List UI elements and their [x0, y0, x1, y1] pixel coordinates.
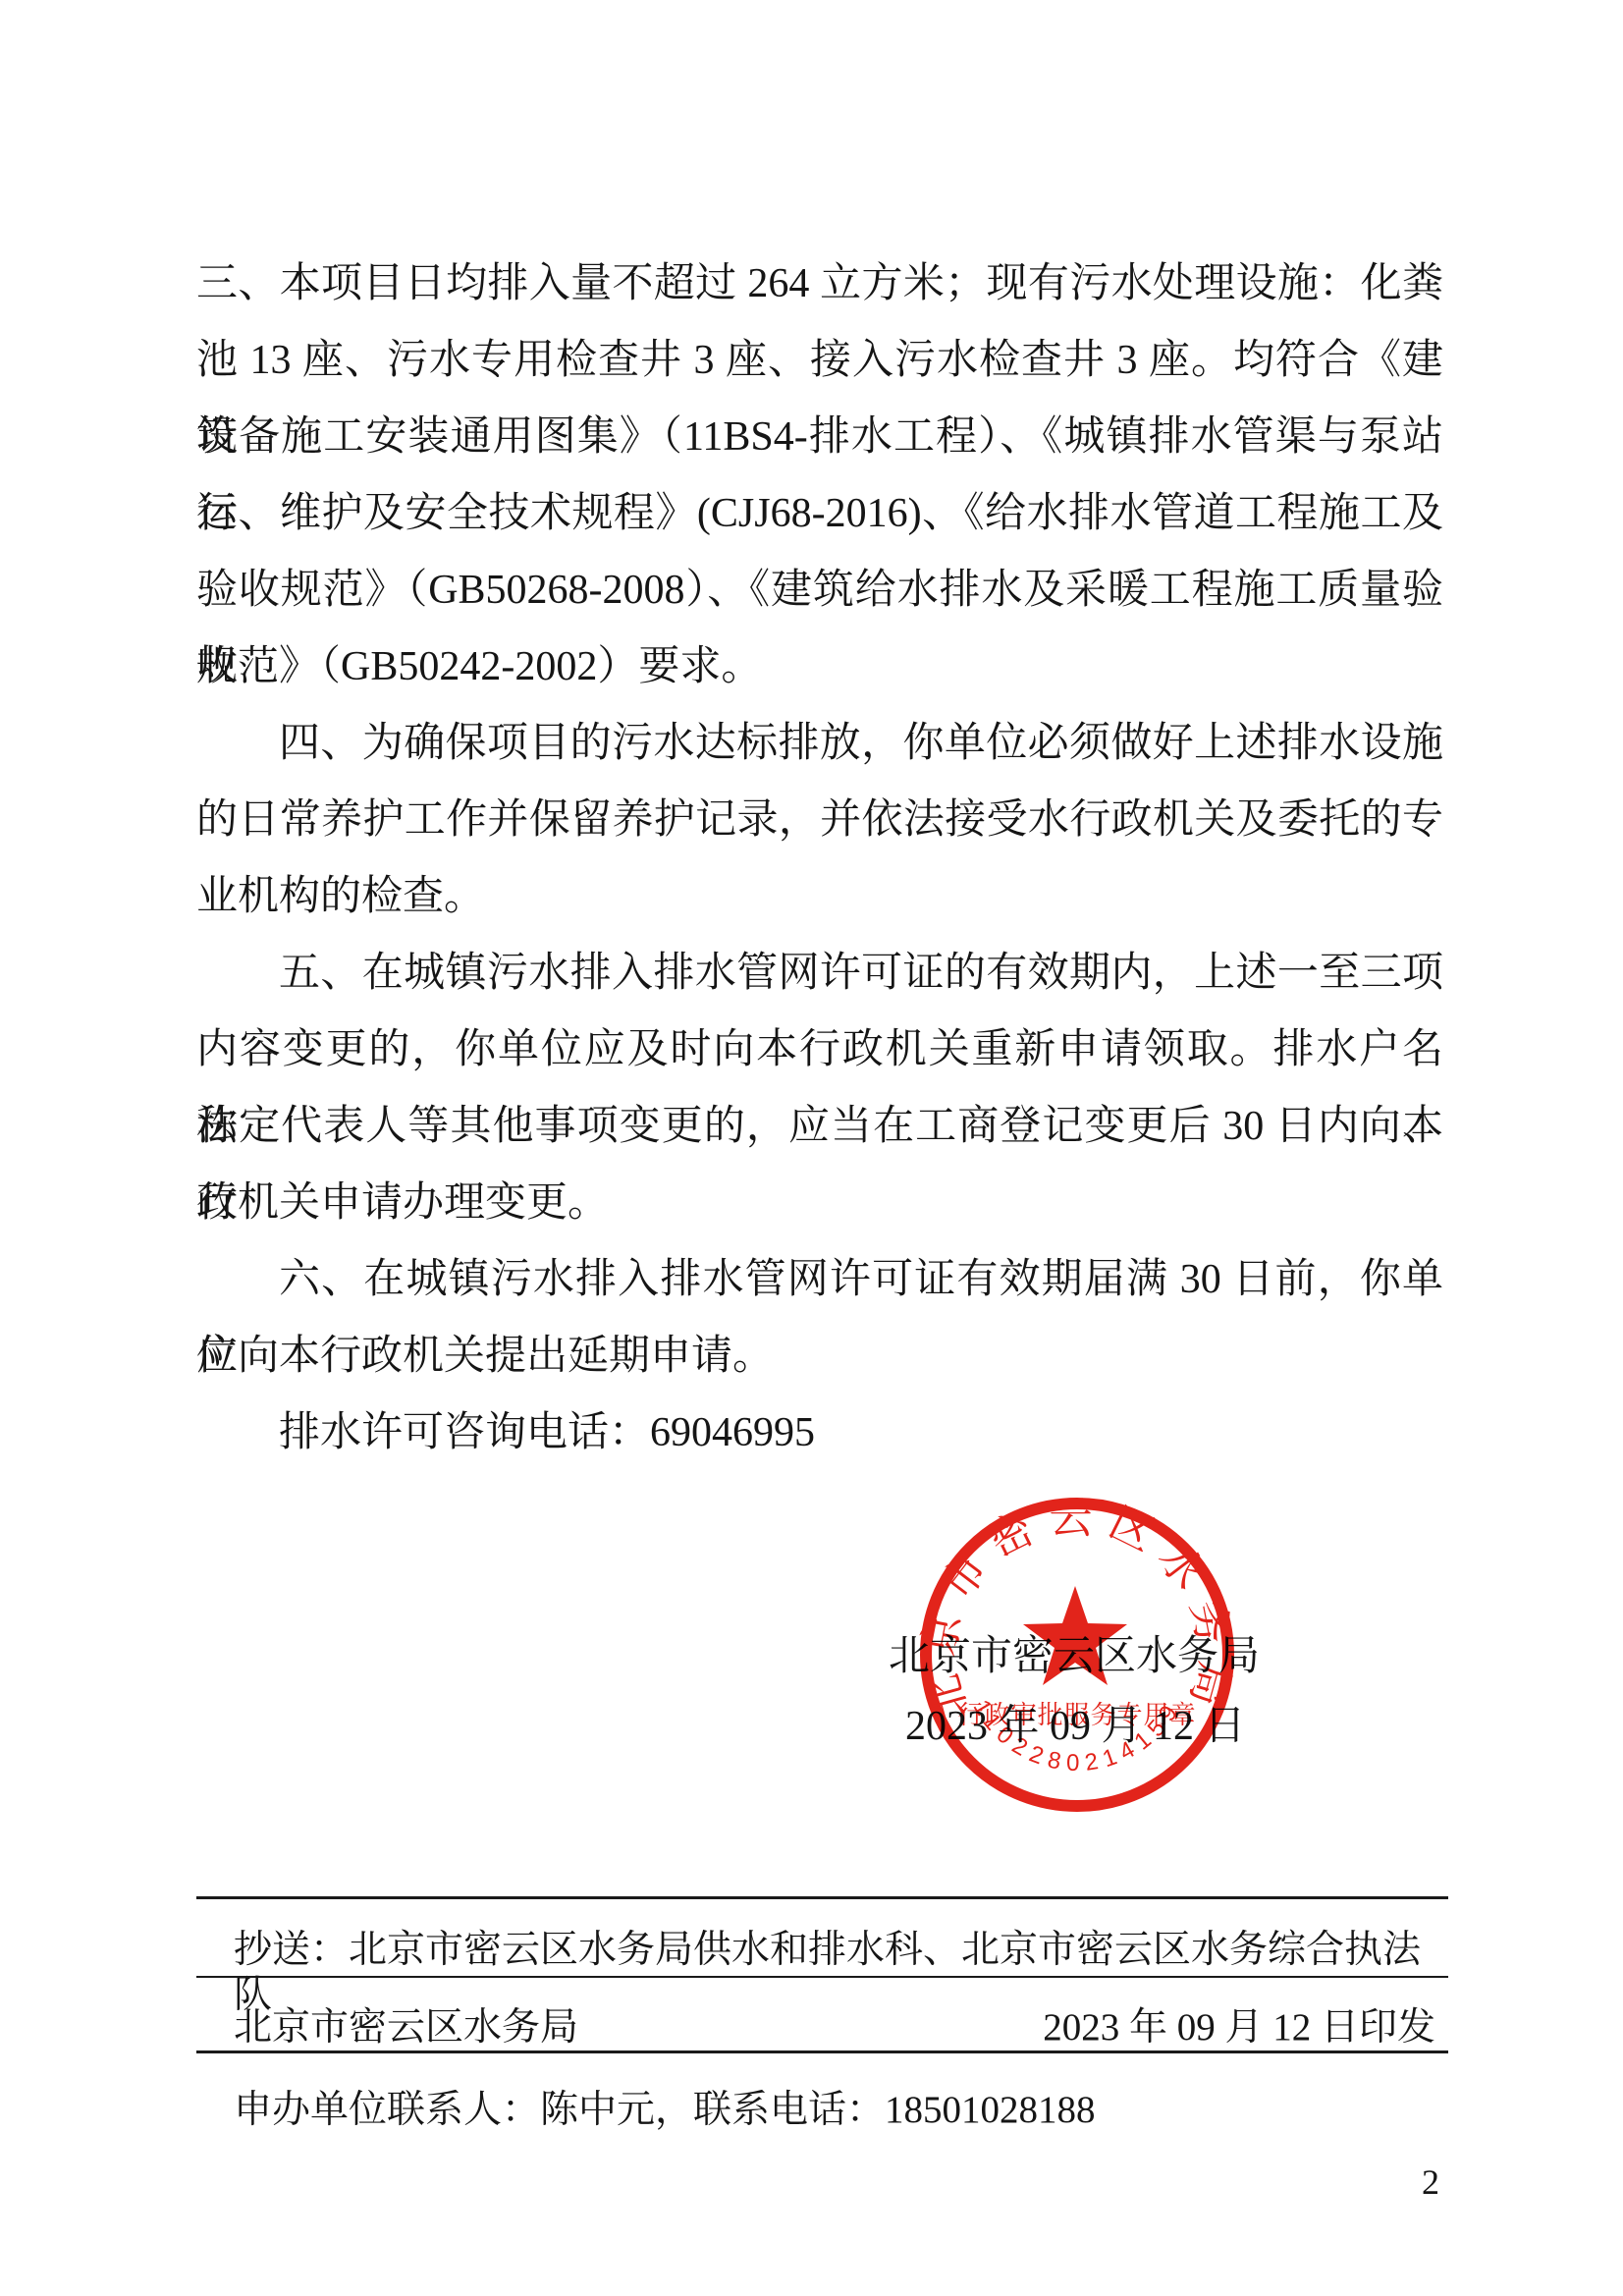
- body-line: 四、为确保项目的污水达标排放，你单位必须做好上述排水设施: [196, 705, 1443, 782]
- body-line: 验收规范》（GB50268-2008）、《建筑给水排水及采暖工程施工质量验收: [196, 552, 1443, 629]
- body-line: 内容变更的，你单位应及时向本行政机关重新申请领取。排水户名称、: [196, 1011, 1443, 1088]
- body-line: 法定代表人等其他事项变更的，应当在工商登记变更后 30 日内向本行: [196, 1088, 1443, 1165]
- document-page: 三、本项目日均排入量不超过 264 立方米；现有污水处理设施：化粪池 13 座、…: [0, 0, 1623, 2296]
- footer-rule-top: [196, 1896, 1448, 1899]
- signature-date: 2023 年 09 月 12 日: [905, 1702, 1246, 1751]
- document-body: 三、本项目日均排入量不超过 264 立方米；现有污水处理设施：化粪池 13 座、…: [196, 246, 1443, 1471]
- body-line: 六、在城镇污水排入排水管网许可证有效期届满 30 日前，你单位: [196, 1241, 1443, 1318]
- body-line: 业机构的检查。: [196, 858, 1443, 935]
- body-line: 规范》（GB50242-2002）要求。: [196, 629, 1443, 705]
- body-line: 排水许可咨询电话：69046995: [196, 1394, 1443, 1471]
- footer-issue-row: 北京市密云区水务局 2023 年 09 月 12 日印发: [234, 2005, 1435, 2050]
- body-line: 的日常养护工作并保留养护记录，并依法接受水行政机关及委托的专: [196, 782, 1443, 858]
- body-line: 应向本行政机关提出延期申请。: [196, 1318, 1443, 1394]
- page-number: 2: [1422, 2160, 1439, 2204]
- body-line: 三、本项目日均排入量不超过 264 立方米；现有污水处理设施：化粪: [196, 246, 1443, 322]
- footer-print-date: 2023 年 09 月 12 日印发: [1043, 2005, 1435, 2050]
- footer-rule-bottom: [196, 2050, 1448, 2053]
- body-line: 五、在城镇污水排入排水管网许可证的有效期内，上述一至三项: [196, 935, 1443, 1011]
- body-line: 行、维护及安全技术规程》(CJJ68-2016)、《给水排水管道工程施工及: [196, 475, 1443, 552]
- seal-arc-text: 北京市密云区水务局: [915, 1494, 1240, 1723]
- body-line: 设备施工安装通用图集》（11BS4-排水工程）、《城镇排水管渠与泵站运: [196, 399, 1443, 475]
- signature-authority: 北京市密云区水务局: [889, 1632, 1260, 1681]
- body-line: 池 13 座、污水专用检查井 3 座、接入污水检查井 3 座。均符合《建筑: [196, 322, 1443, 399]
- body-line: 政机关申请办理变更。: [196, 1165, 1443, 1241]
- footer-contact-line: 申办单位联系人：陈中元，联系电话：18501028188: [234, 2088, 1441, 2133]
- footer-issuer: 北京市密云区水务局: [234, 2005, 578, 2050]
- footer-rule-middle: [196, 1976, 1448, 1978]
